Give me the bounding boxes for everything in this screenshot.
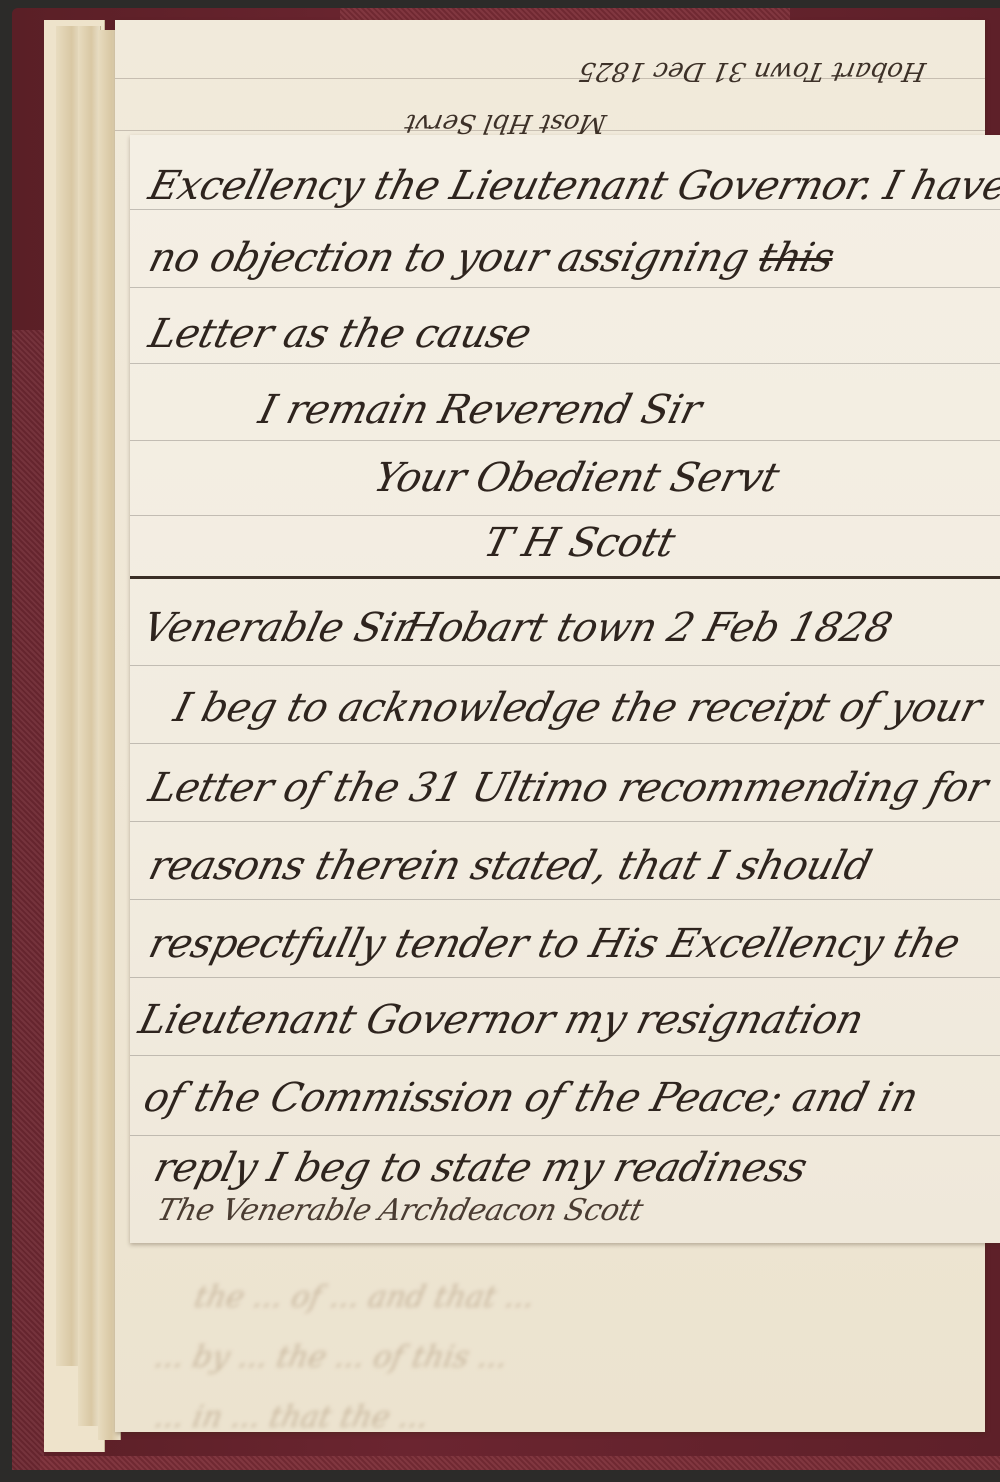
ruled-line: [130, 1135, 1000, 1136]
struck-word: this: [754, 235, 839, 281]
binding-cloth-corner: [12, 330, 44, 1470]
ruled-line: [130, 209, 1000, 210]
letter-slip: Excellency the Lieutenant Governor. I ha…: [130, 135, 1000, 1243]
ruled-line: [130, 899, 1000, 900]
ruled-line: [130, 440, 1000, 441]
body-line: reasons therein stated, that I should: [144, 843, 876, 889]
addressee: The Venerable Archdeacon Scott: [154, 1193, 647, 1228]
bleed-through-text: ... by ... the ... of this ...: [151, 1340, 510, 1375]
letter-line-text: no objection to your assigning: [144, 235, 765, 281]
binding-cloth-bottom: [40, 1456, 1000, 1470]
body-line: reply I beg to state my readiness: [149, 1145, 811, 1191]
ruled-line: [130, 363, 1000, 364]
upside-down-signature: Most Hbl Servt: [402, 108, 608, 138]
valediction: Your Obedient Servt: [369, 455, 783, 501]
ruled-line: [130, 515, 1000, 516]
letter-line: Excellency the Lieutenant Governor. I ha…: [144, 163, 1000, 209]
ruled-line: [130, 743, 1000, 744]
letter-line: no objection to your assigning this: [144, 235, 838, 281]
bleed-through-text: ... in ... that the ...: [151, 1400, 431, 1432]
body-line: respectfully tender to His Excellency th…: [144, 921, 964, 967]
body-line: of the Commission of the Peace; and in: [139, 1075, 922, 1121]
signature: T H Scott: [479, 520, 679, 566]
salutation: Venerable Sir: [138, 605, 418, 651]
letter-divider-line: [130, 576, 1000, 579]
ruled-line: [130, 665, 1000, 666]
body-line: Letter of the 31 Ultimo recommending for: [144, 765, 992, 811]
bleed-through-text: the ... of ... and that ...: [191, 1280, 538, 1315]
ruled-line: [130, 977, 1000, 978]
letter-line: Letter as the cause: [144, 311, 535, 357]
place-date: Hobart town 2 Feb 1828: [399, 605, 896, 651]
manuscript-scan: Hobart Town 31 Dec 1825 Most Hbl Servt R…: [0, 0, 1000, 1482]
ruled-line: [130, 821, 1000, 822]
body-line: I beg to acknowledge the receipt of your: [169, 685, 986, 731]
body-line: Lieutenant Governor my resignation: [134, 997, 868, 1043]
ruled-line: [130, 1055, 1000, 1056]
ruled-line: [130, 287, 1000, 288]
upside-down-place-date: Hobart Town 31 Dec 1825: [576, 56, 928, 86]
closing-line: I remain Reverend Sir: [254, 387, 706, 433]
